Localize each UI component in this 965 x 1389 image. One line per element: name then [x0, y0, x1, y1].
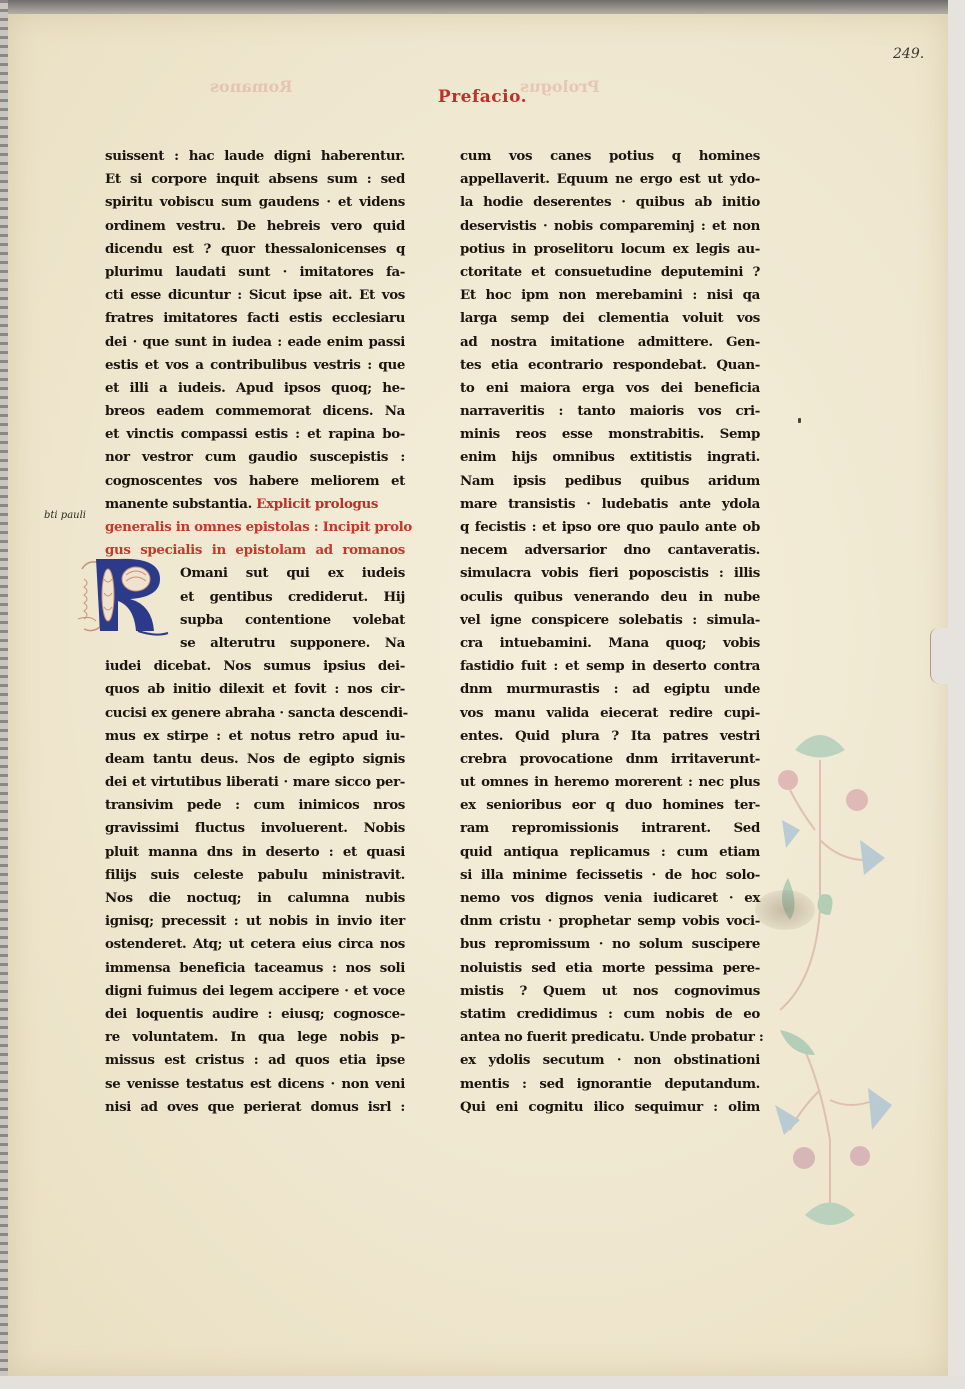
- text-line: mare transistis · ludebatis ante ydola: [460, 493, 760, 516]
- text-line: deam tantu deus. Nos de egipto signis: [105, 748, 405, 771]
- text-line: breos eadem commemorat dicens. Na: [105, 400, 405, 423]
- text-line: crebra provocatione dnm irritaverunt-: [460, 748, 760, 771]
- text-line: appellaverit. Equum ne ergo est ut ydo-: [460, 168, 760, 191]
- text-line: to eni maiora erga vos dei beneficia: [460, 377, 760, 400]
- text-line: ram repromissionis intrarent. Sed: [460, 817, 760, 840]
- text-line: simulacra vobis fieri poposcistis : illi…: [460, 562, 760, 585]
- text-line: spiritu vobiscu sum gaudens · et videns: [105, 191, 405, 214]
- text-line: cti esse dicuntur : Sicut ipse ait. Et v…: [105, 284, 405, 307]
- running-head: Prefacio.: [0, 87, 965, 107]
- text-line: tes etia econtrario respondebat. Quan-: [460, 354, 760, 377]
- text-line: ostenderet. Atq; ut cetera eius circa no…: [105, 933, 405, 956]
- text-line: mus ex stirpe : et notus retro apud iu-: [105, 725, 405, 748]
- text-line: dnm cristu · prophetar semp vobis voci-: [460, 910, 760, 933]
- text-line: Nos die noctuq; in calumna nubis: [105, 887, 405, 910]
- text-line: plurimu laudati sunt · imitatores fa-: [105, 261, 405, 284]
- rubric-line: generalis in omnes epistolas : Incipit p…: [105, 516, 405, 539]
- page-tear: [930, 628, 953, 684]
- text-line: mentis : sed ignorantie deputandum.: [460, 1073, 760, 1096]
- text-line: deservistis · nobis compareminj : et non: [460, 215, 760, 238]
- text-line: fratres imitatores facti estis ecclesiar…: [105, 307, 405, 330]
- text-line: dei · que sunt in iudea : eade enim pass…: [105, 331, 405, 354]
- text-line: antea no fuerit predicatu. Unde probatur…: [460, 1026, 760, 1049]
- text-line: entes. Quid plura ? Ita patres vestri: [460, 725, 760, 748]
- text-line: larga semp dei clementia voluit vos: [460, 307, 760, 330]
- text-line: dicendu est ? quor thessalonicenses q: [105, 238, 405, 261]
- text-line: statim credidimus : cum nobis de eo: [460, 1003, 760, 1026]
- text-line: dei loquentis audire : eiusq; cognosce-: [105, 1003, 405, 1026]
- text-line: pluit manna dns in deserto : et quasi: [105, 841, 405, 864]
- text-line: enim hijs omnibus extitistis ingrati.: [460, 446, 760, 469]
- text-line: cum vos canes potius q homines: [460, 145, 760, 168]
- text-line: missus est cristus : ad quos etia ipse: [105, 1049, 405, 1072]
- text-line: cra intuebamini. Mana quoq; vobis: [460, 632, 760, 655]
- text-line: dei et virtutibus liberati · mare sicco …: [105, 771, 405, 794]
- text-line: re voluntatem. In qua lege nobis p-: [105, 1026, 405, 1049]
- folio-number: 249.: [893, 46, 924, 62]
- text-line: nor vestror cum gaudio suscepistis :: [105, 446, 405, 469]
- text-line: iudei dicebat. Nos sumus ipsius dei-: [105, 655, 405, 678]
- text-line: ex ydolis secutum · non obstinationi: [460, 1049, 760, 1072]
- text-line: cognoscentes vos habere meliorem et: [105, 470, 405, 493]
- text-line: ignisq; precessit : ut nobis in invio it…: [105, 910, 405, 933]
- text-line: q fecistis : et ipso ore quo paulo ante …: [460, 516, 760, 539]
- rubric-explicit: Explicit prologus: [256, 496, 378, 512]
- text-line: potius in proselitoru locum ex legis au-: [460, 238, 760, 261]
- scan-background-bottom: [0, 1376, 965, 1389]
- ink-speck: [798, 418, 801, 423]
- text-line: narraveritis : tanto maioris vos cri-: [460, 400, 760, 423]
- text-line: Nam ipsis pedibus quibus aridum: [460, 470, 760, 493]
- text-line: quos ab initio dilexit et fovit : nos ci…: [105, 678, 405, 701]
- decorated-initial-r-icon: [78, 549, 170, 641]
- text-line: quid antiqua replicamus : cum etiam: [460, 841, 760, 864]
- page-stain: [755, 890, 815, 930]
- floral-border-decoration-icon: [760, 720, 960, 1240]
- text-line-with-rubric: manente substantia. Explicit prologus: [105, 493, 405, 516]
- text-line: vel igne conspicere solebatis : simula-: [460, 609, 760, 632]
- text-line: cucisi ex genere abraha · sancta descend…: [105, 702, 405, 725]
- text-line: noluistis sed etia morte pessima pere-: [460, 957, 760, 980]
- marginal-note: bti pauli: [44, 510, 86, 521]
- text-line: se venisse testatus est dicens · non ven…: [105, 1073, 405, 1096]
- text-line: fastidio fuit : et semp in deserto contr…: [460, 655, 760, 678]
- text-line: nemo vos dignos venia iudicaret · ex: [460, 887, 760, 910]
- text-fragment: manente substantia.: [105, 496, 252, 512]
- text-line: gravissimi fluctus involuerent. Nobis: [105, 817, 405, 840]
- adjacent-page-edge: [0, 0, 8, 1389]
- text-line: mistis ? Quem ut nos cognovimus: [460, 980, 760, 1003]
- text-line: et illi a iudeis. Apud ipsos quoq; he-: [105, 377, 405, 400]
- text-line: minis reos esse monstrabitis. Semp: [460, 423, 760, 446]
- text-line: si illa minime fecissetis · de hoc solo-: [460, 864, 760, 887]
- text-line: estis et vos a contribulibus vestris : q…: [105, 354, 405, 377]
- text-line: filijs suis celeste pabulu ministravit.: [105, 864, 405, 887]
- text-line: Et si corpore inquit absens sum : sed: [105, 168, 405, 191]
- text-line: bus repromissum · no solum suscipere: [460, 933, 760, 956]
- text-line: Et hoc ipm non merebamini : nisi qa: [460, 284, 760, 307]
- text-line: immensa beneficia taceamus : nos soli: [105, 957, 405, 980]
- text-line: vos manu valida eiecerat redire cupi-: [460, 702, 760, 725]
- right-text-column: cum vos canes potius q homines appellave…: [460, 145, 760, 1119]
- text-line: oculis quibus venerando deu in nube: [460, 586, 760, 609]
- text-line: ad nostra imitatione admittere. Gen-: [460, 331, 760, 354]
- text-line: dnm murmurastis : ad egiptu unde: [460, 678, 760, 701]
- text-line: nisi ad oves que perierat domus isrl :: [105, 1096, 405, 1119]
- text-line: ctoritate et consuetudine deputemini ?: [460, 261, 760, 284]
- text-line: ut omnes in heremo morerent : nec plus: [460, 771, 760, 794]
- text-line: la hodie deserentes · quibus ab initio: [460, 191, 760, 214]
- text-line: Qui eni cognitu ilico sequimur : olim: [460, 1096, 760, 1119]
- text-line: transivim pede : cum inimicos nros: [105, 794, 405, 817]
- text-line: ordinem vestru. De hebreis vero quid: [105, 215, 405, 238]
- text-line: et vinctis compassi estis : et rapina bo…: [105, 423, 405, 446]
- text-line: ex senioribus eor q duo homines ter-: [460, 794, 760, 817]
- text-line: suissent : hac laude digni haberentur.: [105, 145, 405, 168]
- text-line: necem adversarior dno cantaveratis.: [460, 539, 760, 562]
- text-line: digni fuimus dei legem accipere · et voc…: [105, 980, 405, 1003]
